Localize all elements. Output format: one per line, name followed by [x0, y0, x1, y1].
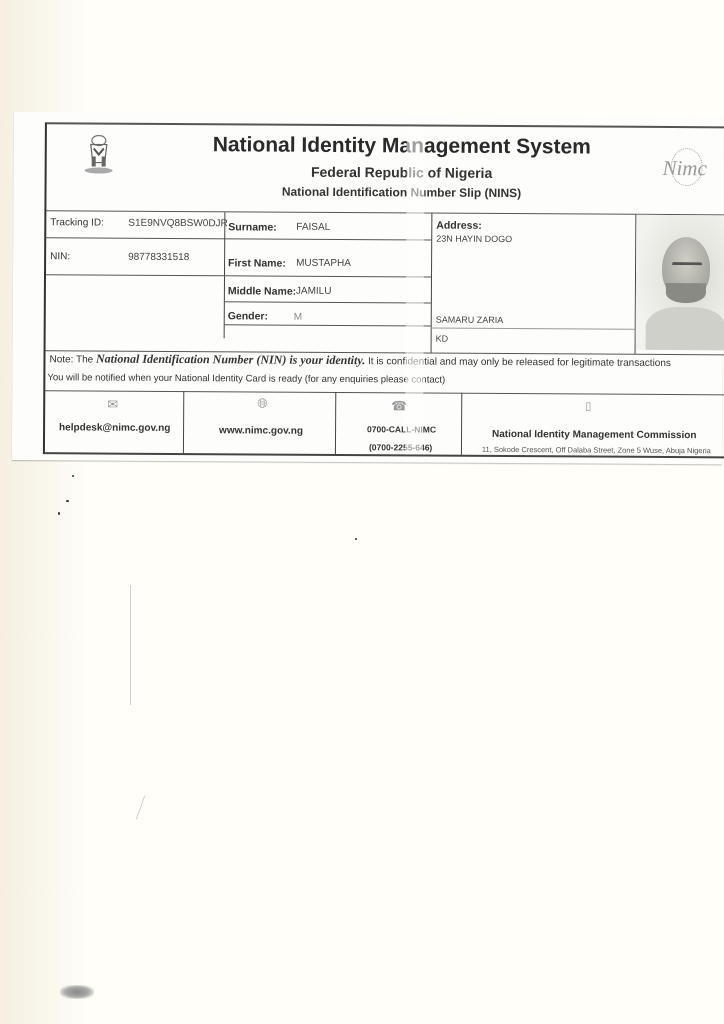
slip-header: National Identity Management System Fede… [46, 124, 724, 215]
divider [461, 393, 462, 455]
helpdesk-email[interactable]: helpdesk@nimc.gov.ng [59, 422, 170, 434]
scan-streak [130, 585, 131, 705]
divider [431, 214, 433, 353]
first-name-value: MUSTAPHA [296, 258, 351, 269]
tracking-id-value: S1E9NVQ8BSW0DJR [128, 218, 228, 230]
photo-body [646, 307, 724, 351]
photo-beard [666, 283, 706, 303]
speck [355, 538, 357, 540]
gender-label: Gender: [228, 310, 268, 322]
note-emphasis: National Identification Number (NIN) is … [96, 352, 365, 368]
tracking-id-label: Tracking ID: [50, 217, 104, 228]
divider [335, 392, 336, 454]
nin-label: NIN: [50, 251, 70, 262]
note-prefix: Note: The [49, 354, 96, 365]
speck [66, 500, 69, 502]
commission-name: National Identity Management Commission [492, 429, 697, 441]
photo-eyes [672, 262, 702, 270]
nimc-logo-icon: Nimc [657, 148, 713, 188]
address-line-3: KD [436, 334, 449, 344]
building-icon: ▯ [585, 399, 591, 412]
page-stain [60, 985, 94, 999]
middle-name-value: JAMILU [296, 286, 332, 297]
surname-value: FAISAL [296, 222, 330, 233]
globe-icon: 🌐︎ [257, 395, 268, 411]
holder-photo [636, 215, 724, 351]
gender-value: M [294, 312, 302, 323]
slip-frame: National Identity Management System Fede… [43, 122, 724, 458]
page-title: National Identity Management System [47, 132, 724, 160]
speck [58, 512, 60, 515]
phone-text[interactable]: 0700-CALL-NIMC [367, 424, 436, 434]
divider [224, 324, 431, 326]
address-label: Address: [436, 220, 482, 232]
country-subtitle: Federal Republic of Nigeria [47, 162, 724, 182]
address-line-2: SAMARU ZARIA [436, 315, 504, 325]
nin-slip: National Identity Management System Fede… [12, 112, 724, 464]
divider [183, 391, 184, 453]
commission-address: 11, Sokode Crescent, Off Dalaba Street, … [482, 445, 711, 455]
fold-crease [405, 126, 425, 454]
divider [46, 237, 431, 240]
first-name-label: First Name: [228, 257, 286, 269]
divider [224, 275, 431, 277]
scan-streak [136, 796, 145, 820]
slip-subtitle: National Identification Number Slip (NIN… [46, 183, 724, 201]
email-icon: ✉ [107, 397, 118, 413]
divider [224, 301, 431, 303]
address-line-1: 23N HAYIN DOGO [436, 234, 512, 244]
middle-name-label: Middle Name: [228, 285, 296, 297]
website-link[interactable]: www.nimc.gov.ng [219, 425, 303, 437]
divider [45, 390, 724, 395]
speck [72, 475, 74, 477]
note-line-1: Note: The National Identification Number… [49, 351, 671, 370]
divider [46, 274, 224, 276]
divider [431, 328, 635, 330]
note-line-2: You will be notified when your National … [47, 372, 445, 385]
nin-value: 98778331518 [128, 252, 189, 263]
surname-label: Surname: [228, 221, 277, 233]
